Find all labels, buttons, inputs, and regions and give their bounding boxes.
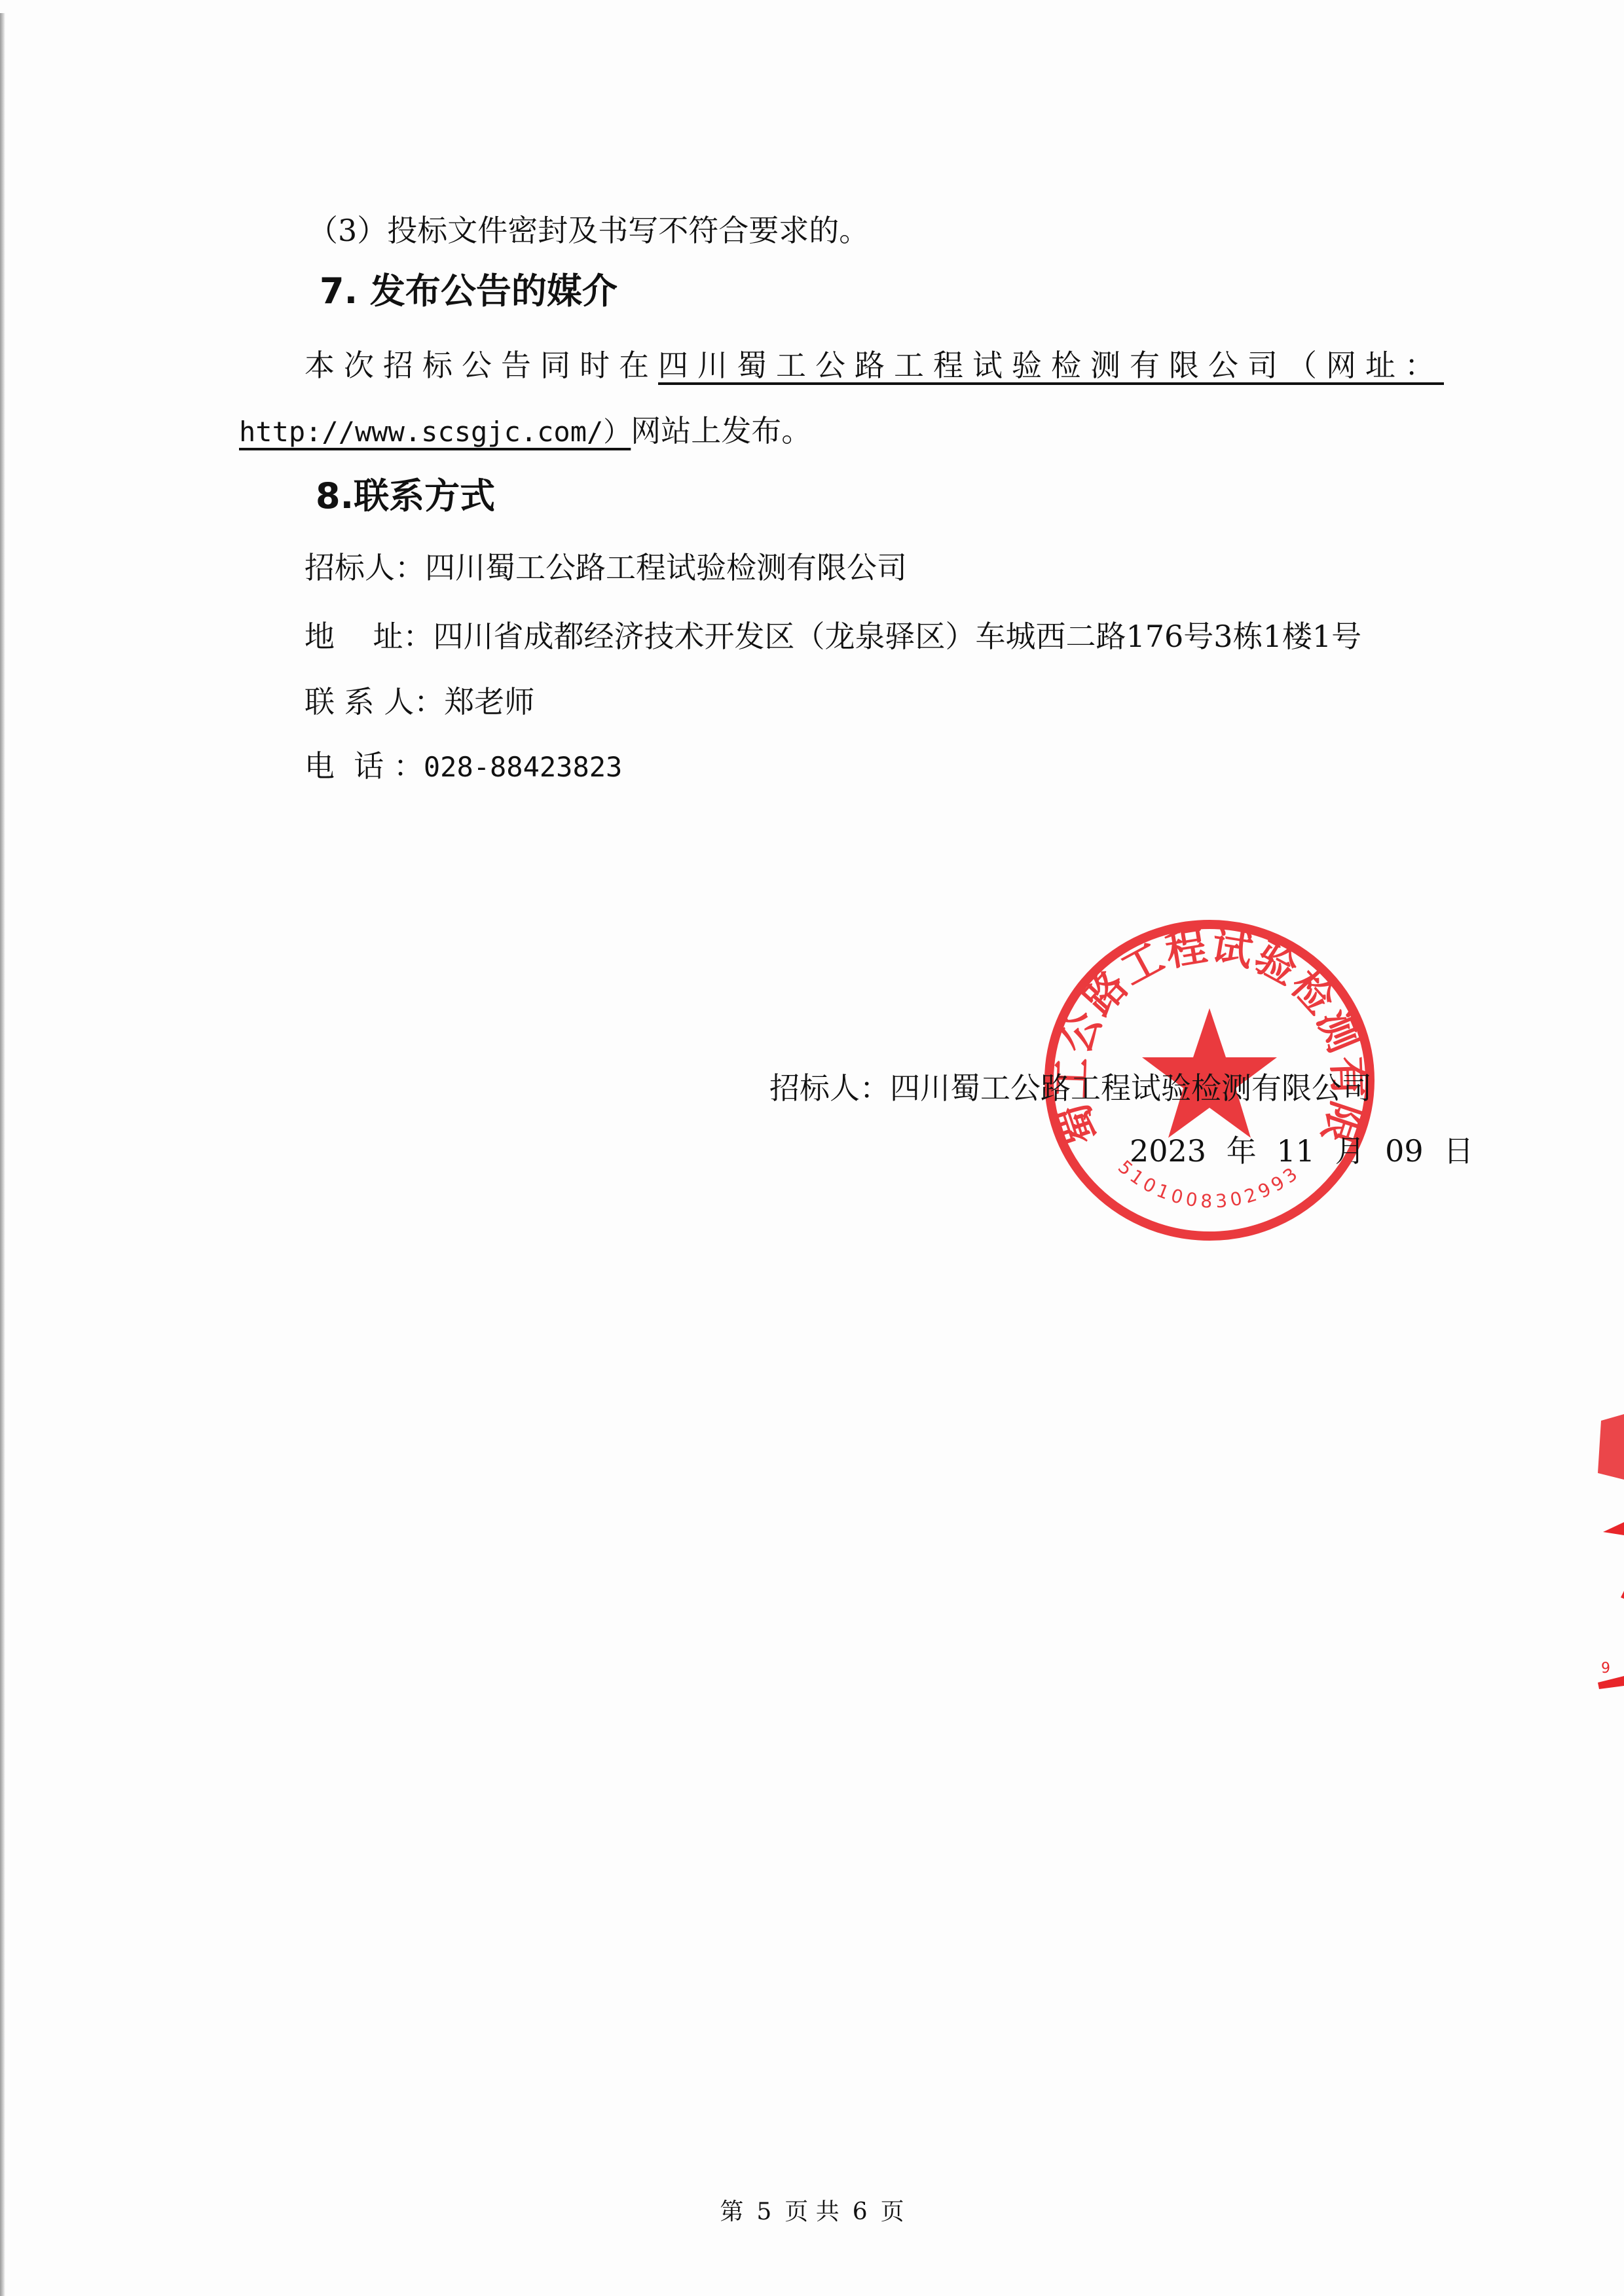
cross-page-seal-fragment: 9 (1585, 1375, 1624, 1715)
tenderer-value: 四川蜀工公路工程试验检测有限公司 (425, 550, 907, 585)
scan-edge (0, 13, 5, 2296)
paragraph-suffix: 网站上发布。 (631, 413, 811, 448)
section-7-heading: 7. 发布公告的媒介 (320, 272, 618, 311)
svg-text:9: 9 (1601, 1660, 1610, 1677)
section-8-heading: 8.联系方式 (316, 477, 495, 516)
date-year: 2023 (1130, 1133, 1206, 1169)
contact-label: 联 系 人： (304, 684, 444, 720)
date-month-unit: 月 (1335, 1133, 1365, 1169)
page-current: 5 (756, 2198, 771, 2225)
date-year-unit: 年 (1227, 1133, 1257, 1169)
address-row: 地 址：四川省成都经济技术开发区（龙泉驿区）车城西二路176号3栋1楼1号 (304, 617, 1361, 656)
address-value: 四川省成都经济技术开发区（龙泉驿区）车城西二路176号3栋1楼1号 (434, 619, 1362, 654)
svg-text:四川蜀工公路工程试验检测有限公司: 四川蜀工公路工程试验检测有限公司 (1041, 917, 1373, 1151)
page-prefix: 第 (720, 2198, 743, 2225)
tenderer-row: 招标人：四川蜀工公路工程试验检测有限公司 (304, 548, 907, 587)
date-month: 11 (1276, 1133, 1315, 1169)
signature-date: 2023 年 11 月 09 日 (1130, 1131, 1473, 1171)
section-7-paragraph: 本次招标公告同时在四川蜀工公路工程试验检测有限公司（网址： (304, 346, 1444, 385)
phone-value: 028-88423823 (424, 751, 622, 783)
section-7-url-line: http://www.scsgjc.com/）网站上发布。 (239, 411, 811, 452)
page-suffix: 页 (881, 2198, 904, 2225)
paragraph-prefix: 本次招标公告同时在 (304, 348, 658, 383)
contact-value: 郑老师 (444, 684, 534, 720)
date-day: 09 (1385, 1133, 1424, 1169)
date-day-unit: 日 (1443, 1133, 1473, 1169)
phone-label: 电 话 ： (304, 748, 424, 784)
address-label: 地 址： (304, 619, 434, 654)
company-name-underlined: 四川蜀工公路工程试验检测有限公司（网址： (658, 348, 1444, 383)
item-3-text: （3）投标文件密封及书写不符合要求的。 (308, 211, 869, 250)
website-link[interactable]: http://www.scsgjc.com/） (239, 416, 631, 448)
signature-tenderer: 招标人：四川蜀工公路工程试验检测有限公司 (769, 1068, 1372, 1108)
page-mid: 页 共 (784, 2198, 839, 2225)
phone-row: 电 话 ：028-88423823 (304, 746, 622, 787)
page-total: 6 (853, 2198, 868, 2225)
tenderer-label: 招标人： (304, 550, 425, 585)
page-footer: 第5页 共6页 (0, 2193, 1624, 2227)
contact-row: 联 系 人：郑老师 (304, 682, 534, 721)
